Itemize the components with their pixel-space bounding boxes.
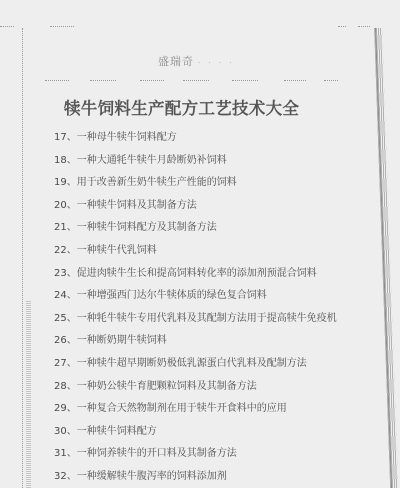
toc-item-number: 32、 bbox=[54, 471, 77, 482]
toc-item: 17、一种母牛犊牛饲料配方 bbox=[54, 127, 374, 150]
toc-item-text: 一种犊牛饲料配方及其制备方法 bbox=[77, 222, 217, 233]
toc-item-number: 27、 bbox=[54, 358, 77, 369]
toc-item-text: 一种母牛犊牛饲料配方 bbox=[77, 132, 177, 143]
toc-item-number: 19、 bbox=[54, 177, 77, 188]
scan-artifact-dots bbox=[183, 80, 209, 83]
running-header: 盛瑞奇· · · · bbox=[158, 53, 235, 69]
scan-artifact-dots bbox=[324, 80, 338, 83]
toc-item-text: 一种缓解犊牛腹泻率的饲料添加剂 bbox=[77, 471, 227, 482]
toc-item-text: 用于改善新生奶牛犊生产性能的饲料 bbox=[77, 177, 237, 188]
toc-item-number: 31、 bbox=[54, 448, 77, 459]
toc-item-number: 28、 bbox=[54, 381, 77, 392]
scan-artifact-dots bbox=[0, 26, 14, 29]
toc-item-text: 一种复合天然物制剂在用于犊牛开食料中的应用 bbox=[77, 403, 287, 414]
page-left-edge-shadow bbox=[26, 300, 31, 488]
toc-item: 30、一种犊牛饲料配方 bbox=[54, 421, 374, 444]
header-author-name: 盛瑞奇 bbox=[158, 55, 194, 68]
toc-item-number: 26、 bbox=[54, 335, 77, 346]
scan-artifact-dots bbox=[284, 80, 306, 83]
toc-item: 29、一种复合天然物制剂在用于犊牛开食料中的应用 bbox=[54, 398, 374, 421]
toc-item: 19、用于改善新生奶牛犊生产性能的饲料 bbox=[54, 172, 374, 195]
toc-item: 22、一种犊牛代乳饲料 bbox=[54, 240, 374, 263]
toc-item-text: 一种奶公犊牛育肥颗粒饲料及其制备方法 bbox=[77, 381, 257, 392]
toc-item-text: 促进肉犊牛生长和提高饲料转化率的添加剂预混合饲料 bbox=[77, 268, 317, 279]
table-of-contents: 17、一种母牛犊牛饲料配方 18、一种大通牦牛犊牛月龄断奶补饲料 19、用于改善… bbox=[54, 127, 374, 488]
toc-item: 31、一种饲养犊牛的开口料及其制备方法 bbox=[54, 443, 374, 466]
toc-item: 27、一种犊牛超早期断奶极低乳源蛋白代乳料及配制方法 bbox=[54, 353, 374, 376]
toc-item-number: 17、 bbox=[54, 132, 77, 143]
toc-item: 25、一种牦牛犊牛专用代乳料及其配制方法用于提高犊牛免疫机 bbox=[54, 308, 374, 331]
scan-artifact-dots bbox=[45, 80, 69, 83]
toc-item: 24、一种增强西门达尔牛犊体质的绿色复合饲料 bbox=[54, 285, 374, 308]
scanned-document-page: 盛瑞奇· · · · 犊牛饲料生产配方工艺技术大全 17、一种母牛犊牛饲料配方 … bbox=[0, 0, 400, 488]
toc-item-number: 22、 bbox=[54, 245, 77, 256]
document-title: 犊牛饲料生产配方工艺技术大全 bbox=[64, 95, 334, 119]
toc-item-text: 一种牦牛犊牛专用代乳料及其配制方法用于提高犊牛免疫机 bbox=[77, 313, 337, 324]
scan-artifact-dots bbox=[140, 80, 164, 83]
scan-artifact-dots bbox=[90, 80, 116, 83]
toc-item-number: 23、 bbox=[54, 268, 77, 279]
toc-item: 20、一种犊牛饲料及其制备方法 bbox=[54, 195, 374, 218]
toc-item-text: 一种饲养犊牛的开口料及其制备方法 bbox=[77, 448, 237, 459]
toc-item-text: 一种犊牛饲料及其制备方法 bbox=[77, 200, 197, 211]
scan-artifact-dots bbox=[338, 26, 346, 29]
toc-item-number: 29、 bbox=[54, 403, 77, 414]
toc-item: 21、一种犊牛饲料配方及其制备方法 bbox=[54, 217, 374, 240]
scan-artifact-dots bbox=[50, 26, 74, 29]
toc-item: 23、促进肉犊牛生长和提高饲料转化率的添加剂预混合饲料 bbox=[54, 263, 374, 286]
toc-item-number: 20、 bbox=[54, 200, 77, 211]
header-faint-text: · · · · bbox=[198, 59, 235, 67]
toc-item: 18、一种大通牦牛犊牛月龄断奶补饲料 bbox=[54, 150, 374, 173]
toc-item-text: 一种增强西门达尔牛犊体质的绿色复合饲料 bbox=[77, 290, 267, 301]
scan-artifact-dots bbox=[358, 26, 370, 29]
toc-item-number: 25、 bbox=[54, 313, 77, 324]
toc-item-text: 一种犊牛饲料配方 bbox=[77, 426, 157, 437]
toc-item-number: 24、 bbox=[54, 290, 77, 301]
toc-item: 32、一种缓解犊牛腹泻率的饲料添加剂 bbox=[54, 466, 374, 488]
toc-item: 28、一种奶公犊牛育肥颗粒饲料及其制备方法 bbox=[54, 376, 374, 399]
toc-item-text: 一种大通牦牛犊牛月龄断奶补饲料 bbox=[77, 155, 227, 166]
toc-item-number: 18、 bbox=[54, 155, 77, 166]
toc-item-text: 一种犊牛代乳饲料 bbox=[77, 245, 157, 256]
toc-item-number: 21、 bbox=[54, 222, 77, 233]
toc-item-text: 一种断奶期牛犊饲料 bbox=[77, 335, 167, 346]
toc-item-number: 30、 bbox=[54, 426, 77, 437]
toc-item: 26、一种断奶期牛犊饲料 bbox=[54, 330, 374, 353]
toc-item-text: 一种犊牛超早期断奶极低乳源蛋白代乳料及配制方法 bbox=[77, 358, 307, 369]
scan-artifact-dots bbox=[232, 80, 258, 83]
